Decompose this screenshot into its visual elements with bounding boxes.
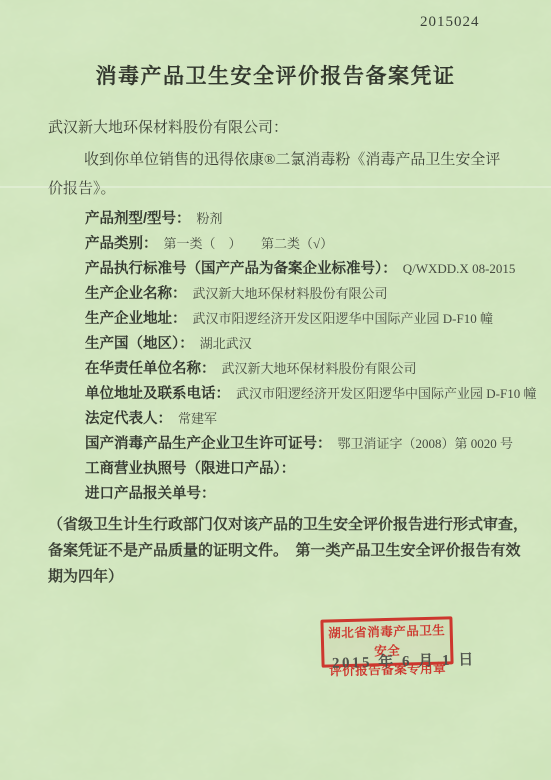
recipient-company-line: 武汉新大地环保材料股份有限公司：	[48, 118, 510, 138]
field-value: 第一类（ ） 第二类（√）	[164, 236, 334, 251]
filing-date: 2015 年 6 月 1 日	[332, 648, 476, 673]
field-row-product-category: 产品类别：第一类（ ） 第二类（√）	[48, 231, 510, 256]
field-row-china-agent-name: 在华责任单位名称：武汉新大地环保材料股份有限公司	[48, 356, 510, 381]
field-row-legal-representative: 法定代表人：常建军	[48, 406, 510, 431]
field-row-manufacturer-name: 生产企业名称：武汉新大地环保材料股份有限公司	[48, 281, 510, 306]
footnote-line-2: 备案凭证不是产品质量的证明文件。 第一类产品卫生安全评价报告有效	[48, 538, 510, 564]
field-value: Q/WXDD.X 08-2015	[403, 261, 516, 276]
field-value: 湖北武汉	[200, 336, 252, 351]
page-title: 消毒产品卫生安全评价报告备案凭证	[0, 60, 551, 90]
field-row-customs-declaration: 进口产品报关单号：	[48, 481, 510, 506]
field-label: 单位地址及联系电话：	[85, 386, 230, 402]
field-label: 生产国（地区）：	[85, 336, 194, 352]
field-row-standard-number: 产品执行标准号（国产产品为备案企业标准号）：Q/WXDD.X 08-2015	[48, 256, 510, 281]
field-row-agent-address-phone: 单位地址及联系电话：武汉市阳逻经济开发区阳逻华中国际产业园 D-F10 幢	[48, 381, 510, 406]
field-label: 产品剂型/型号：	[85, 211, 191, 227]
field-row-business-license: 工商营业执照号（限进口产品）：	[48, 456, 510, 481]
footnote-line-1: （省级卫生计生行政部门仅对该产品的卫生安全评价报告进行形式审查，	[48, 512, 510, 538]
footnote-line-3: 期为四年）	[48, 564, 510, 590]
field-row-country-region: 生产国（地区）：湖北武汉	[48, 331, 510, 356]
field-label: 生产企业名称：	[85, 286, 187, 302]
scan-fold-line	[0, 186, 551, 188]
field-label: 生产企业地址：	[85, 311, 187, 327]
fields-list: 产品剂型/型号：粉剂 产品类别：第一类（ ） 第二类（√） 产品执行标准号（国产…	[48, 206, 510, 506]
field-label: 国产消毒产品生产企业卫生许可证号：	[85, 436, 332, 452]
field-value: 武汉新大地环保材料股份有限公司	[222, 361, 417, 376]
field-label: 产品执行标准号（国产产品为备案企业标准号）：	[85, 261, 397, 277]
certificate-body: 武汉新大地环保材料股份有限公司： 收到你单位销售的迅得依康®二氯消毒粉《消毒产品…	[48, 118, 510, 590]
footnote: （省级卫生计生行政部门仅对该产品的卫生安全评价报告进行形式审查， 备案凭证不是产…	[48, 512, 510, 590]
field-label: 产品类别：	[85, 236, 158, 252]
field-value: 武汉市阳逻经济开发区阳逻华中国际产业园 D-F10 幢	[236, 386, 536, 401]
field-value: 武汉市阳逻经济开发区阳逻华中国际产业园 D-F10 幢	[193, 311, 493, 326]
intro-line-2: 价报告》。	[48, 175, 510, 204]
field-label: 工商营业执照号（限进口产品）：	[85, 461, 295, 477]
field-label: 在华责任单位名称：	[85, 361, 216, 377]
field-value: 鄂卫消证字（2008）第 0020 号	[338, 436, 514, 451]
serial-number: 2015024	[420, 14, 480, 31]
field-value: 粉剂	[197, 211, 223, 226]
field-row-product-form: 产品剂型/型号：粉剂	[48, 206, 510, 231]
field-value: 常建军	[178, 411, 217, 426]
field-label: 进口产品报关单号：	[85, 486, 216, 502]
field-value: 武汉新大地环保材料股份有限公司	[193, 286, 388, 301]
intro-line-1: 收到你单位销售的迅得依康®二氯消毒粉《消毒产品卫生安全评	[48, 146, 510, 175]
certificate-page: 2015024 消毒产品卫生安全评价报告备案凭证 武汉新大地环保材料股份有限公司…	[0, 0, 551, 780]
field-row-hygiene-license: 国产消毒产品生产企业卫生许可证号：鄂卫消证字（2008）第 0020 号	[48, 431, 510, 456]
field-row-manufacturer-address: 生产企业地址：武汉市阳逻经济开发区阳逻华中国际产业园 D-F10 幢	[48, 306, 510, 331]
field-label: 法定代表人：	[85, 411, 172, 427]
